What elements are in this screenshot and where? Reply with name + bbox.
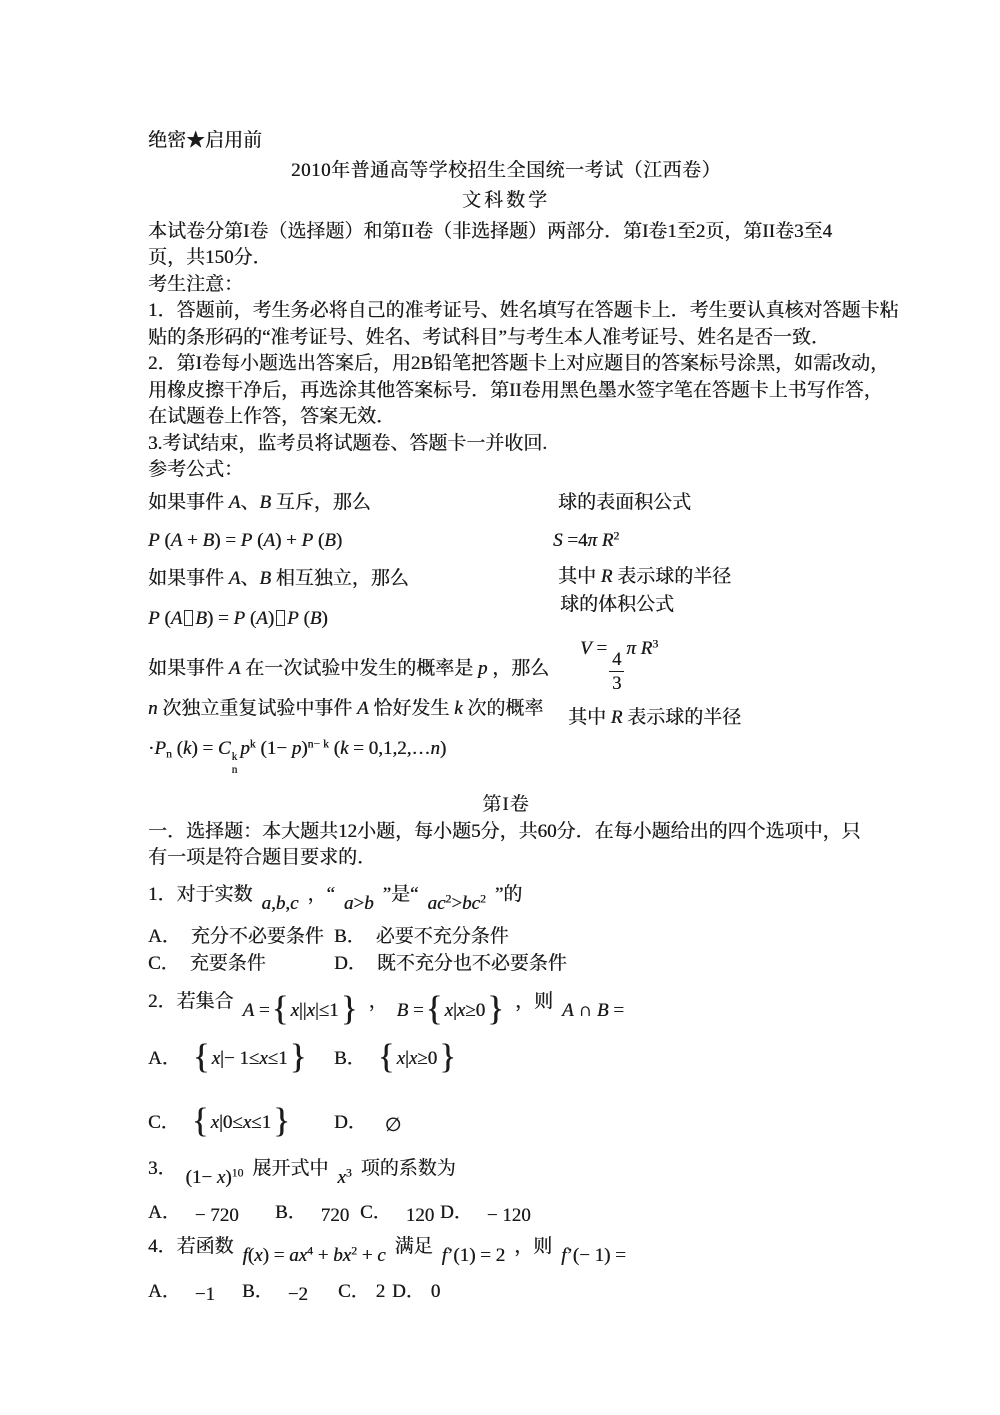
notice-line: 3.考试结束，监考员将试题卷、答题卡一并收回. [148, 431, 864, 458]
option-label: B． [334, 926, 366, 947]
option-label: A． [148, 1202, 181, 1223]
option-d: D．∅ [334, 1100, 864, 1146]
section-1-title: 第I卷 [148, 792, 864, 819]
formulas-heading: 参考公式： [148, 457, 864, 484]
formula-line: V =43π R3 [580, 636, 864, 695]
option-text: 0 [431, 1281, 441, 1302]
question-2-stem: 2．若集合A ={x||x|≤1}，B ={x|x≥0}，则A ∩ B = [148, 989, 864, 1016]
option-d: D．既不充分也不必要条件 [334, 950, 864, 977]
option-label: D． [334, 953, 367, 974]
option-math: {x|0≤x≤1} [190, 1109, 292, 1136]
option-label: C． [148, 953, 180, 974]
formula-line: 其中 R 表示球的半径 [568, 705, 864, 731]
notice-line: 贴的条形码的“准考证号、姓名、考试科目”与考生本人准考证号、姓名是否一致． [148, 325, 864, 352]
option-text: 2 [376, 1281, 386, 1302]
formula-line: 如果事件 A 在一次试验中发生的概率是 p ，那么 [148, 656, 553, 682]
option-c: C．120 [360, 1197, 440, 1224]
option-label: A． [148, 1281, 181, 1302]
option-label: A． [148, 1045, 181, 1072]
notice-line: 2．第I卷每小题选出答案后，用2B铅笔把答题卡上对应题目的答案标号涂黑，如需改动… [148, 351, 864, 378]
option-label: C． [338, 1281, 370, 1302]
option-a: A．− 720 [148, 1197, 275, 1224]
paper-subject: 文科数学 [148, 188, 864, 215]
question-1-options: A．充分不必要条件 B．必要不充分条件 C．充要条件 D．既不充分也不必要条件 [148, 923, 864, 977]
formula-line: 如果事件 A、B 相互独立，那么 [148, 566, 553, 592]
question-3-options: A．− 720 B．720 C．120 D．− 120 [148, 1197, 864, 1224]
option-d: D．− 120 [440, 1197, 531, 1224]
option-a: A．{x|− 1≤x≤1} [148, 1036, 334, 1082]
option-text: 120 [406, 1205, 435, 1226]
exam-paper-page: 绝密★启用前 2010年普通高等学校招生全国统一考试（江西卷） 文科数学 本试卷… [148, 128, 864, 1307]
question-1-stem: 1．对于实数a,b,c，“a>b”是“ac2>bc2”的 [148, 882, 864, 909]
option-d: D．0 [392, 1276, 440, 1303]
page-title: 2010年普通高等学校招生全国统一考试（江西卷） [148, 158, 864, 185]
option-math: {x|− 1≤x≤1} [191, 1045, 309, 1072]
option-text: 既不充分也不必要条件 [377, 953, 567, 974]
formula-line: P (A + B) = P (A) + P (B) [148, 528, 553, 554]
option-text: 720 [321, 1205, 350, 1226]
formula-line: 如果事件 A、B 互斥，那么 [148, 490, 553, 516]
option-a: A．充分不必要条件 [148, 923, 334, 950]
option-text: 充要条件 [190, 953, 266, 974]
option-text: 必要不充分条件 [376, 926, 509, 947]
option-text: − 120 [487, 1205, 531, 1226]
option-b: B．−2 [242, 1276, 338, 1303]
option-label: B． [334, 1045, 366, 1072]
option-text: −1 [195, 1284, 215, 1305]
option-b: B．必要不充分条件 [334, 923, 864, 950]
option-label: D． [392, 1281, 425, 1302]
intro-paragraph: 本试卷分第I卷（选择题）和第II卷（非选择题）两部分．第I卷1至2页，第II卷3… [148, 219, 864, 272]
option-math: {x|x≥0} [376, 1045, 458, 1072]
formulas-probability-column: 如果事件 A、B 互斥，那么 P (A + B) = P (A) + P (B)… [148, 490, 553, 779]
option-label: C． [148, 1109, 180, 1136]
formula-line: S =4π R2 [553, 528, 864, 554]
section-1-instructions: 有一项是符合题目要求的． [148, 845, 864, 872]
intro-line: 页，共150分． [148, 245, 864, 272]
formula-line: 球的体积公式 [560, 592, 864, 618]
question-3-stem: 3．(1− x)10展开式中x3项的系数为 [148, 1156, 864, 1183]
option-text: −2 [288, 1284, 308, 1305]
formulas-sphere-column: 球的表面积公式 S =4π R2 其中 R 表示球的半径 球的体积公式 V =4… [553, 490, 864, 779]
option-text: 充分不必要条件 [191, 926, 324, 947]
notice-line: 在试题卷上作答，答案无效． [148, 404, 864, 431]
classification-banner: 绝密★启用前 [148, 128, 864, 155]
section-1-instructions: 一．选择题：本大题共12小题，每小题5分，共60分．在每小题给出的四个选项中，只 [148, 819, 864, 846]
option-b: B．720 [275, 1197, 360, 1224]
option-label: A． [148, 926, 181, 947]
option-c: C．充要条件 [148, 950, 334, 977]
formula-line: n 次独立重复试验中事件 A 恰好发生 k 次的概率 [148, 696, 553, 722]
option-a: A．−1 [148, 1276, 242, 1303]
notice-line: 1．答题前，考生务必将自己的准考证号、姓名填写在答题卡上．考生要认真核对答题卡粘 [148, 298, 864, 325]
option-label: D． [440, 1202, 473, 1223]
formula-line: 球的表面积公式 [558, 490, 864, 516]
question-4-stem: 4．若函数f(x) = ax4 + bx2 + c满足f’(1) = 2，则f’… [148, 1234, 864, 1261]
formula-line: 其中 R 表示球的半径 [558, 564, 864, 590]
notice-line: 用橡皮擦干净后，再选涂其他答案标号．第II卷用黑色墨水签字笔在答题卡上书写作答， [148, 378, 864, 405]
reference-formulas: 如果事件 A、B 互斥，那么 P (A + B) = P (A) + P (B)… [148, 490, 864, 779]
option-label: B． [275, 1202, 307, 1223]
intro-line: 本试卷分第I卷（选择题）和第II卷（非选择题）两部分．第I卷1至2页，第II卷3… [148, 219, 864, 246]
option-label: B． [242, 1281, 274, 1302]
option-label: D． [334, 1109, 367, 1136]
option-text: − 720 [195, 1205, 239, 1226]
question-2-options: A．{x|− 1≤x≤1} B．{x|x≥0} C．{x|0≤x≤1} D．∅ [148, 1036, 864, 1146]
question-4-options: A．−1 B．−2 C．2 D．0 [148, 1276, 864, 1303]
option-math: ∅ [385, 1112, 402, 1139]
notice-list: 1．答题前，考生务必将自己的准考证号、姓名填写在答题卡上．考生要认真核对答题卡粘… [148, 298, 864, 457]
formula-line: P (AB) = P (A)P (B) [148, 606, 553, 632]
option-c: C．{x|0≤x≤1} [148, 1100, 334, 1146]
option-label: C． [360, 1202, 392, 1223]
option-b: B．{x|x≥0} [334, 1036, 864, 1082]
formula-line: ·Pn (k) = Cknpk (1− p)n− k (k = 0,1,2,…n… [148, 736, 553, 779]
notice-heading: 考生注意： [148, 272, 864, 299]
option-c: C．2 [338, 1276, 392, 1303]
